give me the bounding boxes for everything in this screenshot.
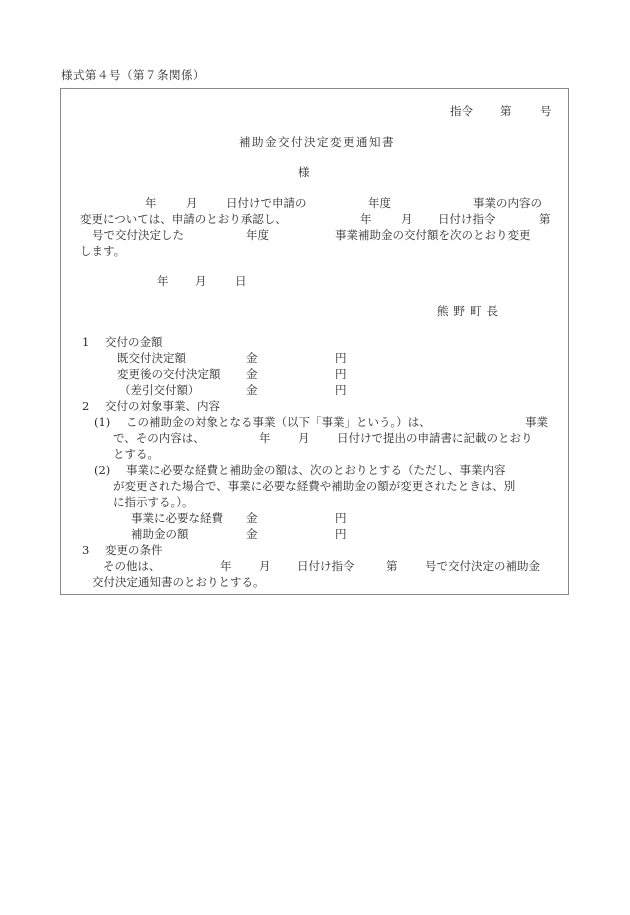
addressee-suffix: 様 bbox=[298, 167, 310, 179]
intro-text-segment: 月 bbox=[401, 214, 413, 226]
section3-heading: 変更の条件 bbox=[105, 545, 163, 557]
section1-number: 1 bbox=[82, 337, 89, 349]
intro-text-segment: 年度 bbox=[368, 198, 391, 210]
amount-row-label: 既交付決定額 bbox=[117, 353, 186, 365]
intro-text-segment: 年 bbox=[145, 198, 157, 210]
cost-row-unit: 円 bbox=[335, 513, 347, 525]
intro-text-segment: 年度 bbox=[246, 230, 269, 242]
intro-text-segment: 第 bbox=[539, 214, 551, 226]
section2-number: 2 bbox=[82, 401, 89, 413]
subsidy-row-label: 補助金の額 bbox=[131, 529, 189, 541]
amount-row-unit: 円 bbox=[335, 353, 347, 365]
amount-row-currency: 金 bbox=[246, 385, 258, 397]
directive-label: 指令 bbox=[450, 106, 473, 118]
section3-number: 3 bbox=[82, 545, 89, 557]
item1-text-segment: 年 bbox=[259, 433, 271, 445]
amount-row-label: 変更後の交付決定額 bbox=[117, 369, 221, 381]
intro-text-segment: 月 bbox=[186, 198, 198, 210]
section3-text-segment: 日付け指令 bbox=[297, 561, 355, 573]
amount-row-currency: 金 bbox=[246, 353, 258, 365]
number-suffix: 号 bbox=[540, 106, 552, 118]
intro-text-segment: 変更については、申請のとおり承認し、 bbox=[80, 214, 287, 226]
cost-row-currency: 金 bbox=[246, 513, 258, 525]
section1-heading: 交付の金額 bbox=[105, 337, 163, 349]
subsidy-row-unit: 円 bbox=[335, 529, 347, 541]
document-title: 補助金交付決定変更通知書 bbox=[239, 137, 395, 149]
amount-row-unit: 円 bbox=[335, 369, 347, 381]
cost-row-label: 事業に必要な経費 bbox=[131, 513, 223, 525]
date-segment: 日 bbox=[235, 276, 247, 288]
section3-text-segment: 月 bbox=[259, 561, 271, 573]
date-segment: 月 bbox=[195, 276, 207, 288]
section2-heading: 交付の対象事業、内容 bbox=[105, 401, 220, 413]
amount-row-label: （差引交付額） bbox=[119, 385, 200, 397]
section3-text-segment: 年 bbox=[220, 561, 232, 573]
intro-text-segment: します。 bbox=[80, 246, 125, 258]
item1-text-segment: で、その内容は、 bbox=[113, 433, 205, 445]
item1-line1: この補助金の対象となる事業（以下「事業」という。）は、 bbox=[126, 417, 431, 429]
intro-text-segment: 日付けで申請の bbox=[226, 198, 307, 210]
section3-text-segment: 号で交付決定の補助金 bbox=[425, 561, 540, 573]
intro-text-segment: 年 bbox=[360, 214, 372, 226]
item1-number: (1) bbox=[94, 417, 110, 429]
amount-row-unit: 円 bbox=[335, 385, 347, 397]
item1-line1-end: 事業 bbox=[525, 417, 548, 429]
item2-line3: に指示する。）。 bbox=[113, 497, 194, 509]
form-label: 様式第４号（第７条関係） bbox=[61, 70, 205, 82]
issuer-name: 熊野町長 bbox=[437, 306, 503, 318]
intro-text-segment: 日付け指令 bbox=[438, 214, 496, 226]
intro-text-segment: 事業補助金の交付額を次のとおり変更 bbox=[335, 230, 531, 242]
subsidy-row-currency: 金 bbox=[246, 529, 258, 541]
item1-line3: とする。 bbox=[113, 449, 159, 461]
section3-text-segment: 第 bbox=[386, 561, 398, 573]
date-segment: 年 bbox=[157, 276, 169, 288]
item2-line1: 事業に必要な経費と補助金の額は、次のとおりとする（ただし、事業内容 bbox=[126, 465, 506, 477]
number-prefix: 第 bbox=[500, 106, 512, 118]
item2-number: (2) bbox=[94, 465, 110, 477]
intro-text-segment: 号で交付決定した bbox=[92, 230, 184, 242]
item1-text-segment: 日付けで提出の申請書に記載のとおり bbox=[337, 433, 533, 445]
item2-line2: が変更された場合で、事業に必要な経費や補助金の額が変更されたときは、別 bbox=[113, 481, 515, 493]
section3-line2: 交付決定通知書のとおりとする。 bbox=[92, 577, 265, 589]
item1-text-segment: 月 bbox=[298, 433, 310, 445]
amount-row-currency: 金 bbox=[246, 369, 258, 381]
intro-text-segment: 事業の内容の bbox=[473, 198, 542, 210]
section3-text-segment: その他は、 bbox=[103, 561, 161, 573]
